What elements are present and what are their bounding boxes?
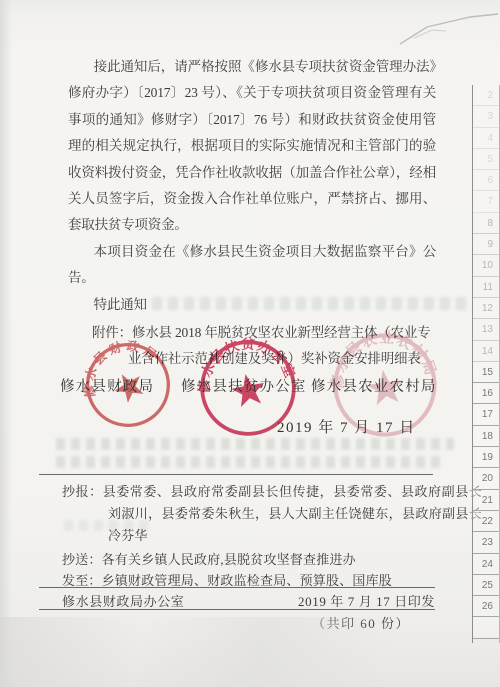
attachment-table-edge: 2345678910111213141516171819202122232425…: [472, 85, 500, 643]
table-row: 14: [473, 341, 499, 362]
issuing-office: 修水县财政局办公室: [62, 591, 184, 610]
table-row: [473, 617, 499, 638]
distribution-names: 乡镇财政管理局、财政监检查局、预算股、国库股: [102, 573, 392, 588]
table-row: 4: [473, 128, 499, 149]
issuing-office-row: 修水县财政局办公室 2019 年 7 月 17 日印发: [62, 591, 435, 610]
cc-label: 抄送：: [62, 552, 102, 567]
paper-crease: [380, 0, 500, 60]
divider-line: [39, 587, 435, 588]
document-body: 接此通知后，请严格按照《修水县专项扶贫资金管理办法》修府办字）〔2017〕23 …: [68, 54, 436, 373]
table-row: 2: [473, 85, 499, 106]
table-row: 26: [473, 596, 499, 617]
table-row: 5: [473, 149, 499, 170]
print-date: 2019 年 7 月 17 日印发: [298, 591, 435, 610]
scan-shadow: [0, 617, 500, 687]
distribution-label: 发至：: [62, 573, 102, 588]
table-row: 19: [473, 447, 499, 468]
paper-edge-shadow: [0, 0, 12, 687]
document-date: 2019 年 7 月 17 日: [277, 416, 416, 437]
table-row: 21: [473, 490, 499, 511]
table-row: 7: [473, 191, 499, 212]
table-row: 9: [473, 234, 499, 255]
body-paragraph: 本项目资金在《修水县民生资金项目大数据监察平台》公告。: [68, 239, 436, 292]
signature-poverty-office: 修水县扶贫办公室: [181, 375, 307, 396]
distribution-line: 发至：乡镇财政管理局、财政监检查局、预算股、国库股: [62, 570, 436, 592]
table-row: 6: [473, 170, 499, 191]
signature-agriculture-bureau: 修水县农业农村局: [311, 375, 437, 396]
cc-line: 抄送：各有关乡镇人民政府,县脱贫攻坚督查推进办: [62, 549, 436, 571]
table-row: 20: [473, 468, 499, 489]
scanned-document: 接此通知后，请严格按照《修水县专项扶贫资金管理办法》修府办字）〔2017〕23 …: [0, 0, 500, 687]
copy-report-names: 县委常委、县政府常委副县长但传捷，县委常委、县政府副县长刘淑川，县委常委朱秋生，…: [103, 484, 482, 543]
table-row: 18: [473, 426, 499, 447]
table-row: 12: [473, 298, 499, 319]
table-row: 8: [473, 213, 499, 234]
signature-finance-bureau: 修水县财政局: [60, 375, 154, 396]
table-row: 10: [473, 255, 499, 276]
table-row: 23: [473, 532, 499, 553]
copy-report-line: 抄报：县委常委、县政府常委副县长但传捷，县委常委、县政府副县长刘淑川，县委常委朱…: [62, 481, 482, 547]
table-row: 11: [473, 277, 499, 298]
table-row: 15: [473, 362, 499, 383]
divider-line: [39, 474, 433, 475]
body-paragraph: 特此通知: [68, 292, 436, 318]
body-paragraph: 接此通知后，请严格按照《修水县专项扶贫资金管理办法》修府办字）〔2017〕23 …: [68, 54, 436, 239]
table-row: 13: [473, 319, 499, 340]
table-row: 3: [473, 106, 499, 127]
table-row: 16: [473, 383, 499, 404]
table-row: 24: [473, 554, 499, 575]
table-row: 22: [473, 511, 499, 532]
table-row: 17: [473, 404, 499, 425]
table-row: 25: [473, 575, 499, 596]
divider-line: [39, 609, 435, 610]
copy-report-label: 抄报：: [62, 484, 103, 499]
cc-names: 各有关乡镇人民政府,县脱贫攻坚督查推进办: [102, 552, 356, 567]
